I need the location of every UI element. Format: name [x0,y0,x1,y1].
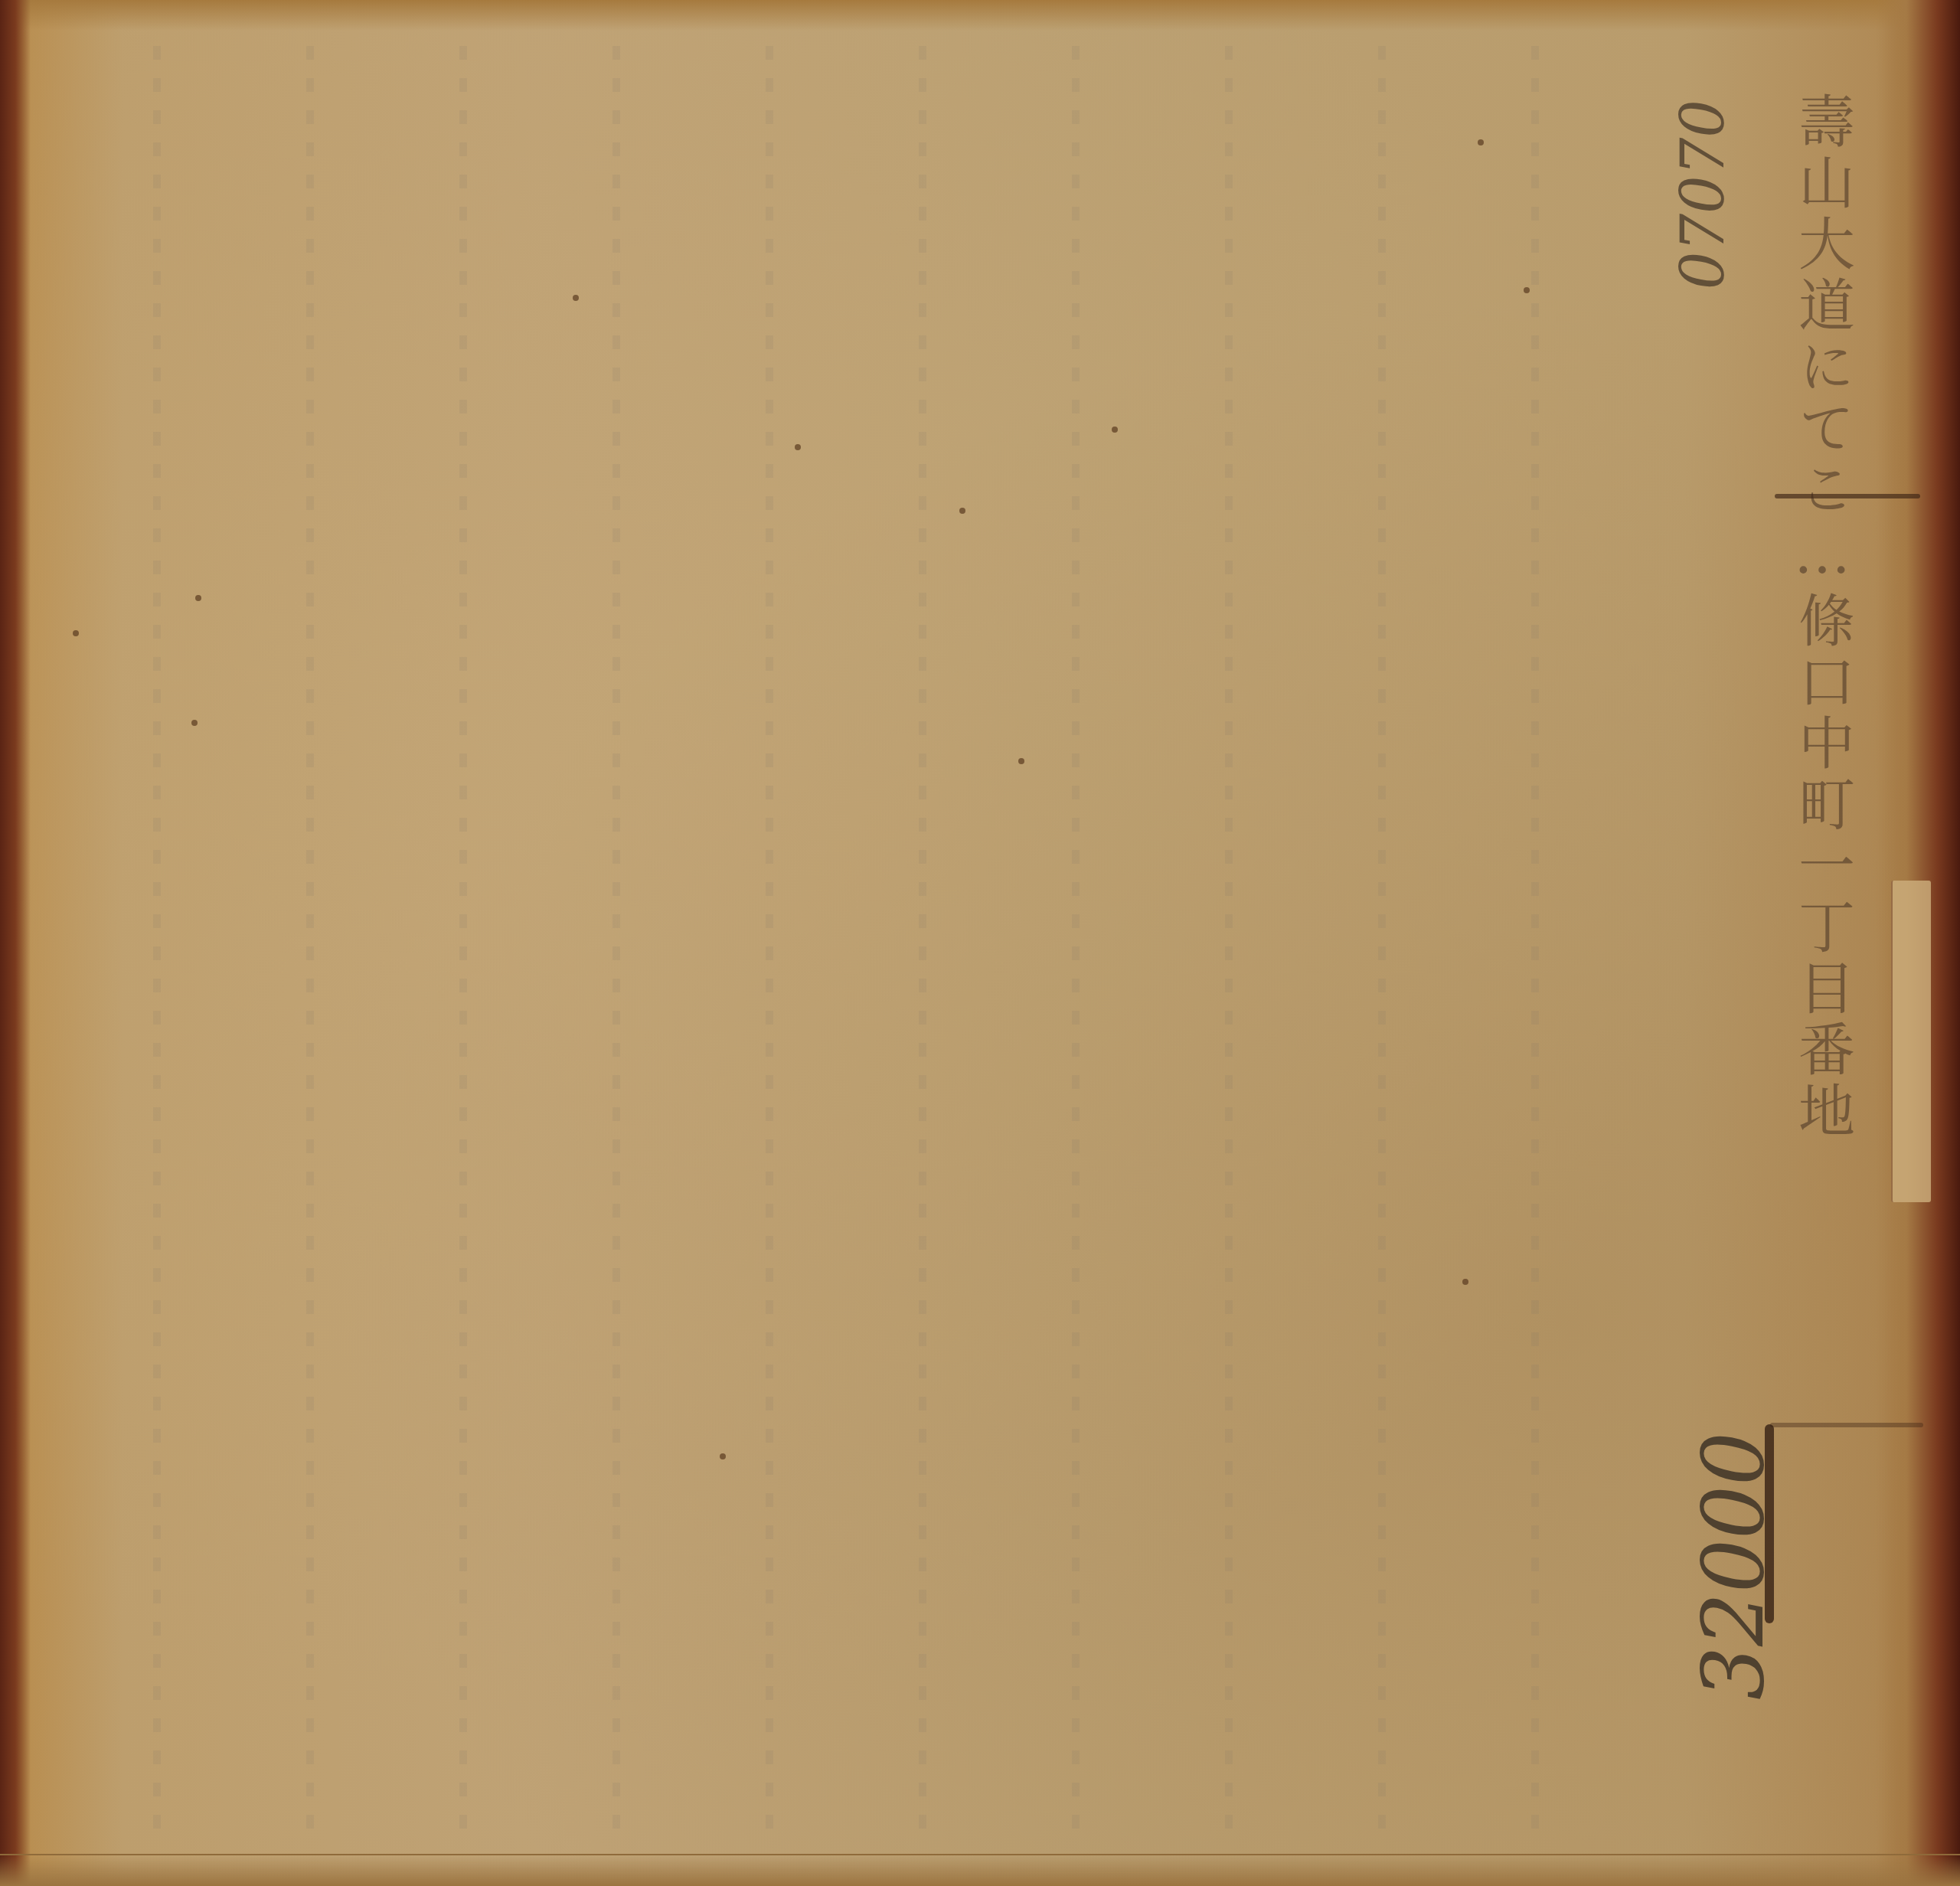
left-edge-stain [0,0,31,1886]
bleed-through-column [1531,46,1539,1838]
printed-rule [1770,1423,1923,1427]
handwritten-number-bottom: 32000 [1684,1432,1782,1700]
paper-spot [720,1453,726,1459]
printed-rule [1775,494,1920,498]
top-edge-stain [0,0,1960,31]
bleed-through-column [612,46,620,1838]
paper-spot [1462,1279,1468,1285]
paper-spot [795,444,801,450]
handwritten-number-top: 07070 [1669,100,1738,289]
bleed-through-column [459,46,467,1838]
paper-spot [1018,758,1024,764]
paper-page: 壽山大道にてこ…條口中町一丁目番地 07070 32000 [0,0,1960,1886]
paper-spot [191,720,198,726]
paper-spot [195,595,201,601]
bleed-through-column [766,46,773,1838]
bleed-through-column [1378,46,1386,1838]
paper-spot [73,630,79,636]
paper-spot [1112,427,1118,433]
bleed-through-column [306,46,314,1838]
bleed-through-column [153,46,161,1838]
paper-spot [573,295,579,301]
bleed-through-column [1225,46,1233,1838]
paper-spot [1478,139,1484,145]
repair-strip [1891,881,1931,1202]
bottom-edge [0,1854,1960,1886]
paper-spot [959,508,965,514]
paper-spot [1524,287,1530,293]
bleed-through-column [1072,46,1080,1838]
printed-vertical-text: 壽山大道にてこ…條口中町一丁目番地 [1795,92,1849,1142]
bleed-through-column [919,46,926,1838]
